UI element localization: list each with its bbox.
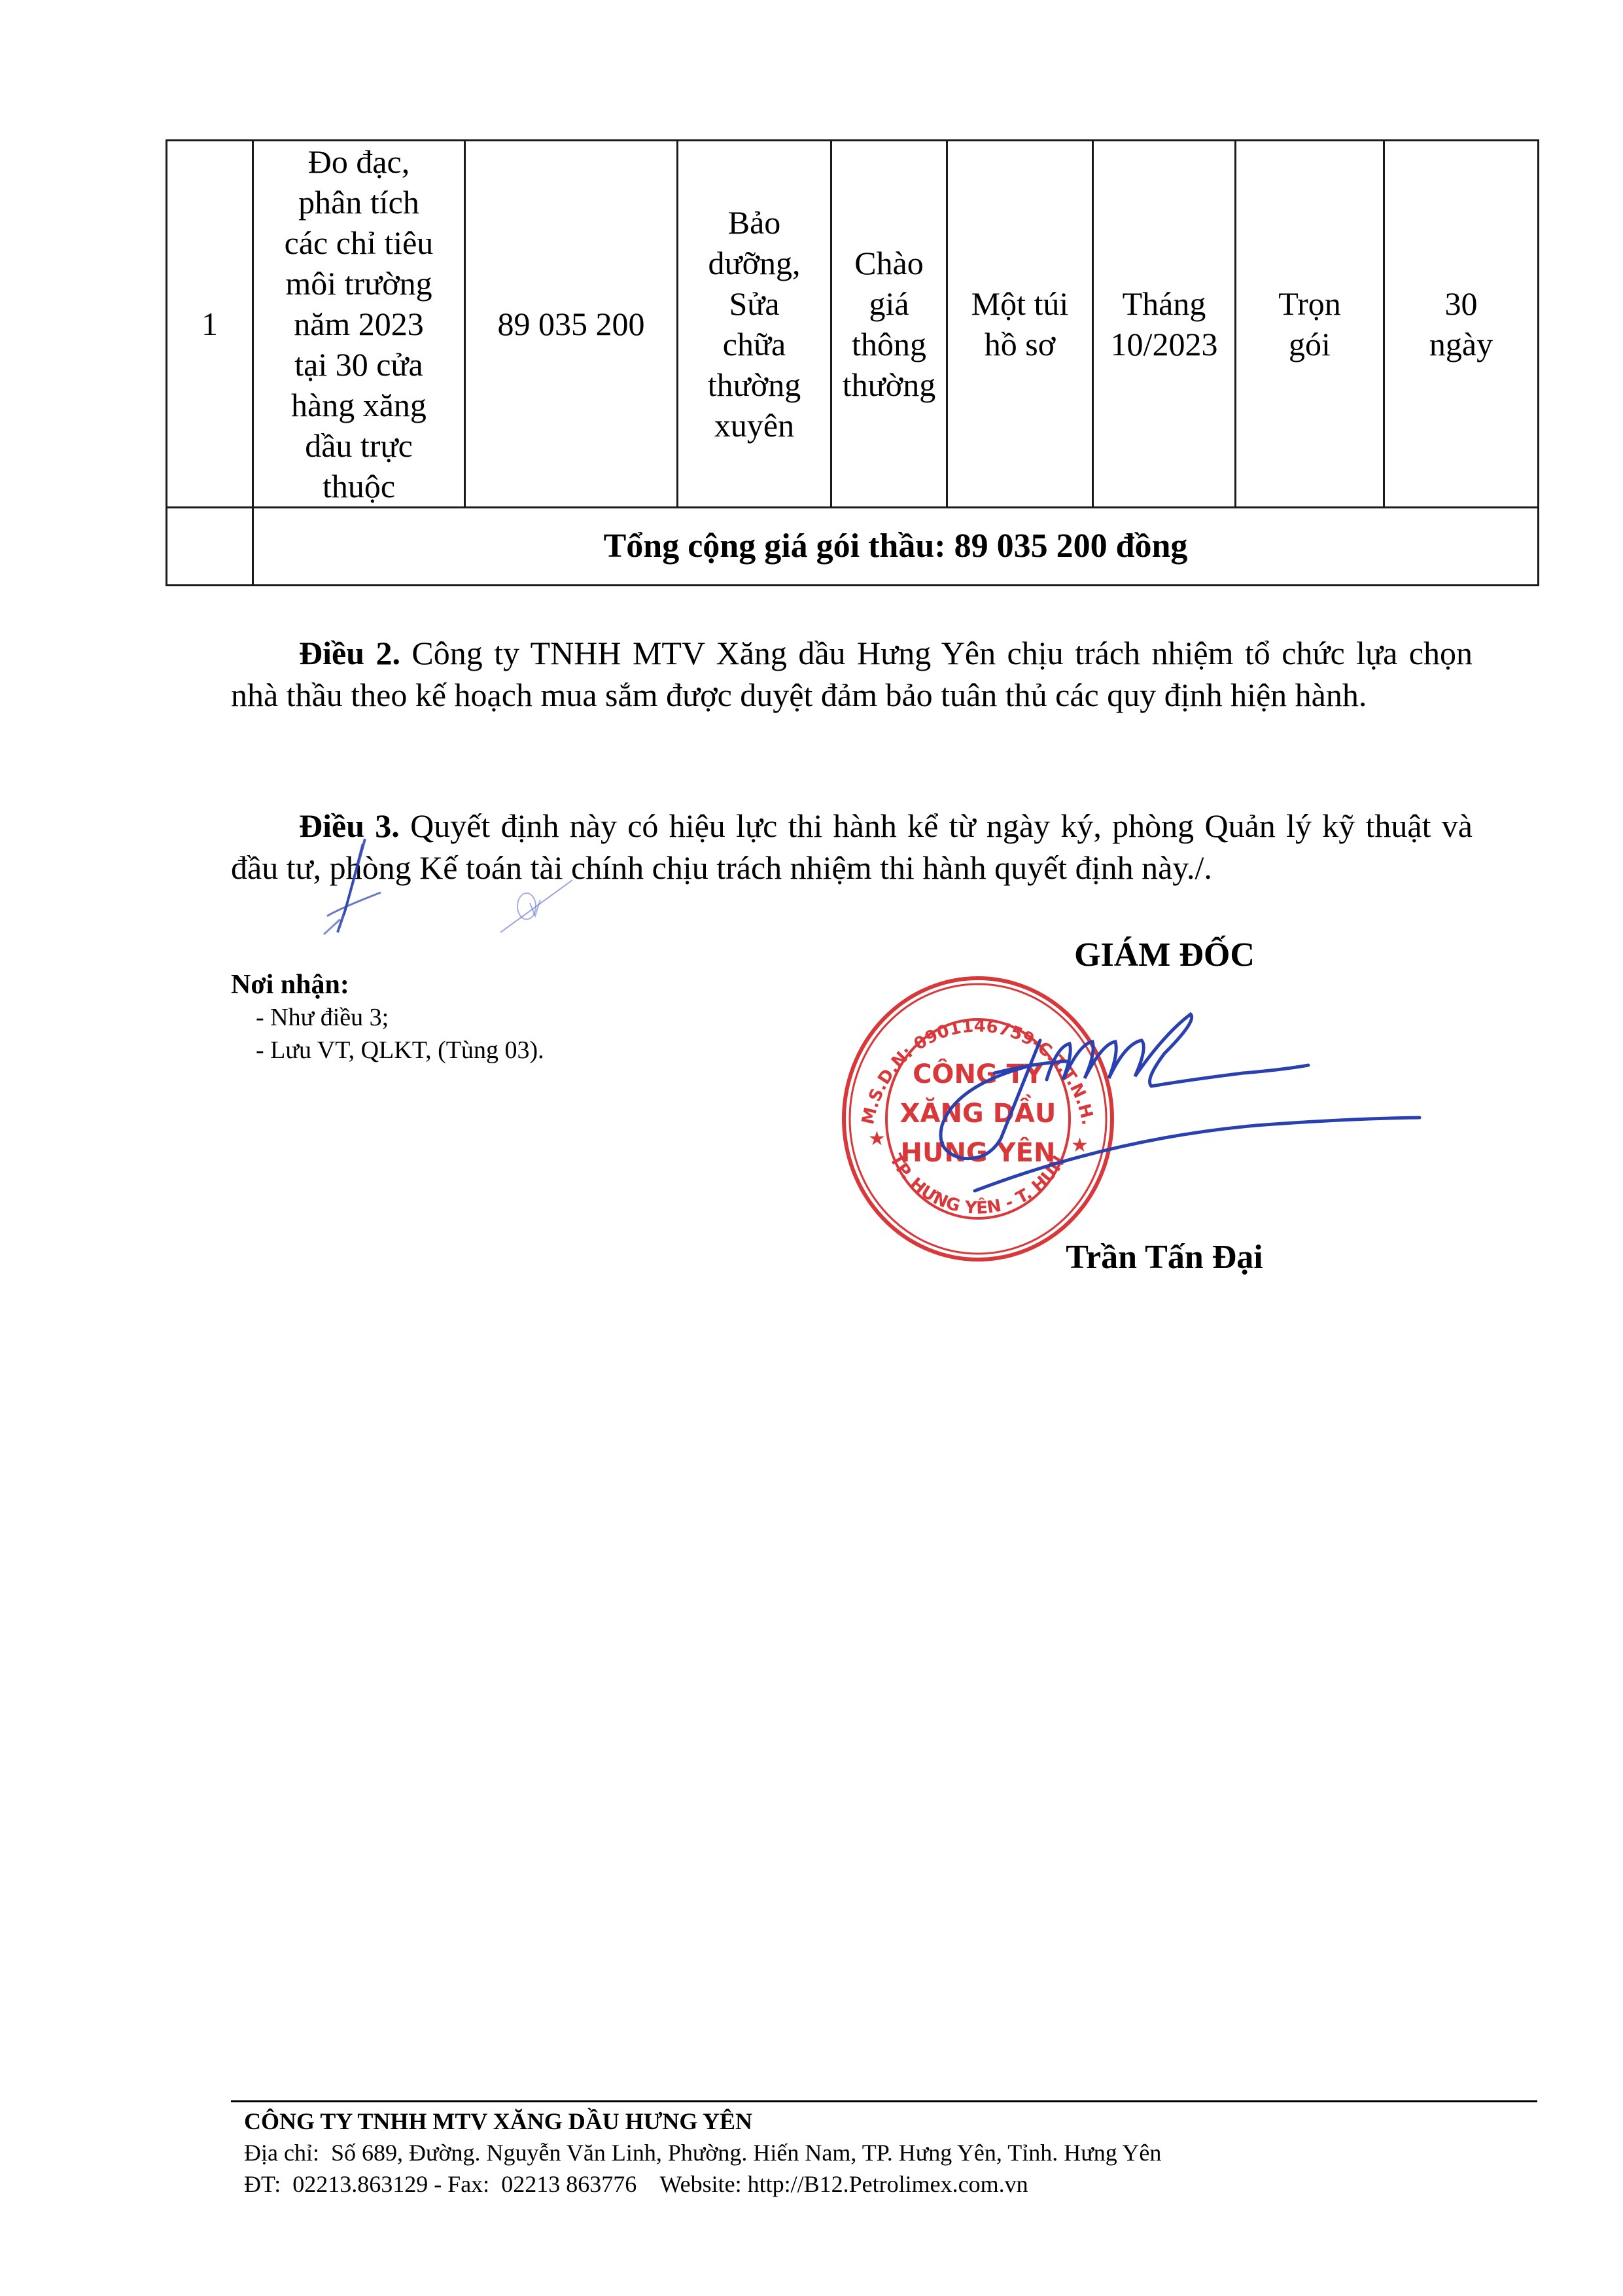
footer-contact: ĐT: 02213.863129 - Fax: 02213 863776 Web… [244,2168,1161,2200]
cell-package-name: Đo đạc, phân tích các chỉ tiêu môi trườn… [253,141,465,508]
cell-bidding-procedure: Một túi hồ sơ [947,141,1093,508]
cell-stt: 1 [167,141,253,508]
cell-funding-source: Bảo dưỡng, Sửa chữa thường xuyên [678,141,831,508]
svg-text:★: ★ [868,1127,886,1150]
table-total-row: Tổng cộng giá gói thầu: 89 035 200 đồng [167,508,1539,586]
bid-package-table: 1 Đo đạc, phân tích các chỉ tiêu môi trư… [166,139,1539,586]
signature-icon [916,1008,1426,1204]
cell-duration: 30 ngày [1384,141,1539,508]
total-price: Tổng cộng giá gói thầu: 89 035 200 đồng [253,508,1539,586]
document-page: 1 Đo đạc, phân tích các chỉ tiêu môi trư… [0,0,1623,2296]
cell-price: 89 035 200 [465,141,678,508]
article-3-text: Quyết định này có hiệu lực thi hành kể t… [231,807,1473,886]
cell-empty [167,508,253,586]
table-row: 1 Đo đạc, phân tích các chỉ tiêu môi trư… [167,141,1539,508]
recipient-item: - Lưu VT, QLKT, (Tùng 03). [231,1034,544,1067]
cell-start-time: Tháng 10/2023 [1093,141,1236,508]
recipients-title: Nơi nhận: [231,968,544,1001]
article-2-text: Công ty TNHH MTV Xăng dầu Hưng Yên chịu … [231,635,1473,713]
recipients-block: Nơi nhận: - Như điều 3; - Lưu VT, QLKT, … [231,968,544,1067]
cell-contract-type: Trọn gói [1236,141,1384,508]
article-2-label: Điều 2. [299,635,400,671]
footer-company: CÔNG TY TNHH MTV XĂNG DẦU HƯNG YÊN [244,2106,1161,2137]
article-2: Điều 2. Công ty TNHH MTV Xăng dầu Hưng Y… [231,632,1473,716]
signer-name: Trần Tấn Đại [1007,1238,1321,1277]
footer: CÔNG TY TNHH MTV XĂNG DẦU HƯNG YÊN Địa c… [244,2106,1161,2200]
footer-address: Địa chỉ: Số 689, Đường. Nguyễn Văn Linh,… [244,2137,1161,2168]
initial-mark-icon [497,877,576,936]
footer-divider [231,2100,1537,2102]
initial-mark-icon [321,838,386,936]
cell-selection-method: Chào giá thông thường [831,141,947,508]
article-3: Điều 3. Quyết định này có hiệu lực thi h… [231,805,1473,889]
recipient-item: - Như điều 3; [231,1001,544,1034]
